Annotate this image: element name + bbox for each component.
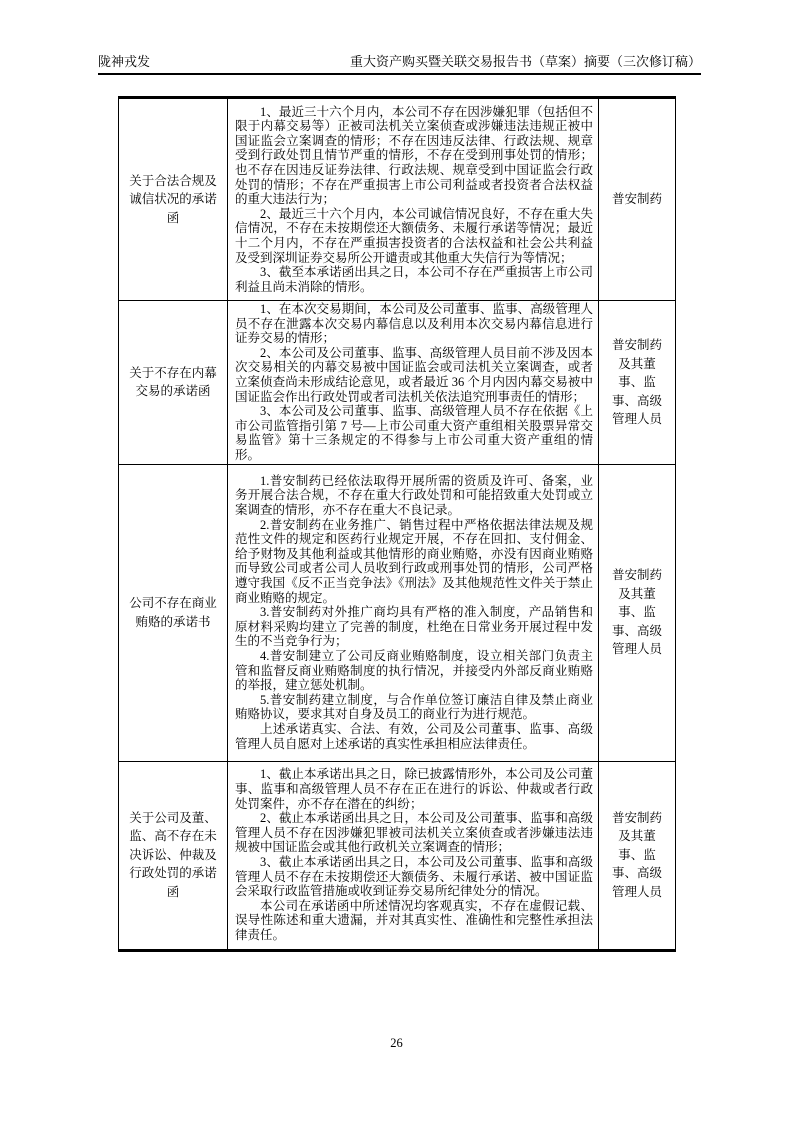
commitment-party: 普安制药	[599, 98, 676, 301]
commitment-content: 1、在本次交易期间，本公司及公司董事、监事、高级管理人员不存在泄露本次交易内幕信…	[228, 301, 599, 465]
commitment-title: 公司不存在商业贿赂的承诺书	[119, 464, 228, 761]
content-paragraph: 1.普安制药已经依法取得开展所需的资质及许可、备案，业务开展合法合规，不存在重大…	[235, 474, 593, 518]
table-row: 关于公司及董、监、高不存在未决诉讼、仲裁及行政处罚的承诺函 1、截止本承诺出具之…	[119, 761, 676, 950]
content-paragraph: 2、本公司及公司董事、监事、高级管理人员目前不涉及因本次交易相关的内幕交易被中国…	[235, 346, 593, 404]
commitment-content: 1、最近三十六个月内，本公司不存在因涉嫌犯罪（包括但不限于内幕交易等）正被司法机…	[228, 98, 599, 301]
commitment-title: 关于合法合规及诚信状况的承诺函	[119, 98, 228, 301]
table-row: 公司不存在商业贿赂的承诺书 1.普安制药已经依法取得开展所需的资质及许可、备案，…	[119, 464, 676, 761]
content-paragraph: 5.普安制药建立制度，与合作单位签订廉洁自律及禁止商业贿赂协议，要求其对自身及员…	[235, 693, 593, 722]
page-number: 26	[390, 1036, 403, 1050]
content-paragraph: 2.普安制药在业务推广、销售过程中严格依据法律法规及规范性文件的规定和医药行业规…	[235, 518, 593, 606]
content-paragraph: 3、截止本承诺函出具之日，本公司及公司董事、监事和高级管理人员不存在未按期偿还大…	[235, 855, 593, 899]
content-paragraph: 上述承诺真实、合法、有效，公司及公司董事、监事、高级管理人员自愿对上述承诺的真实…	[235, 722, 593, 751]
content-paragraph: 2、截止本承诺函出具之日，本公司及公司董事、监事和高级管理人员不存在因涉嫌犯罪被…	[235, 811, 593, 855]
content-paragraph: 1、在本次交易期间，本公司及公司董事、监事、高级管理人员不存在泄露本次交易内幕信…	[235, 302, 593, 346]
header-document-title: 重大资产购买暨关联交易报告书（草案）摘要（三次修订稿）	[350, 54, 701, 70]
content-paragraph: 3、截至本承诺函出具之日，本公司不存在严重损害上市公司利益且尚未消除的情形。	[235, 265, 593, 294]
commitment-content: 1.普安制药已经依法取得开展所需的资质及许可、备案，业务开展合法合规，不存在重大…	[228, 464, 599, 761]
table-row: 关于合法合规及诚信状况的承诺函 1、最近三十六个月内，本公司不存在因涉嫌犯罪（包…	[119, 98, 676, 301]
page-footer: 26	[0, 1036, 793, 1051]
commitment-party: 普安制药及其董事、监事、高级管理人员	[599, 301, 676, 465]
content-paragraph: 2、最近三十六个月内，本公司诚信情况良好，不存在重大失信情况，不存在未按期偿还大…	[235, 207, 593, 265]
commitments-table: 关于合法合规及诚信状况的承诺函 1、最近三十六个月内，本公司不存在因涉嫌犯罪（包…	[118, 96, 676, 952]
table-row: 关于不存在内幕交易的承诺函 1、在本次交易期间，本公司及公司董事、监事、高级管理…	[119, 301, 676, 465]
commitment-party: 普安制药及其董事、监事、高级管理人员	[599, 761, 676, 950]
content-paragraph: 3、本公司及公司董事、监事、高级管理人员不存在依据《上市公司监管指引第 7 号—…	[235, 404, 593, 462]
content-paragraph: 本公司在承诺函中所述情况均客观真实，不存在虚假记载、误导性陈述和重大遗漏，并对其…	[235, 899, 593, 943]
content-paragraph: 1、最近三十六个月内，本公司不存在因涉嫌犯罪（包括但不限于内幕交易等）正被司法机…	[235, 105, 593, 207]
page-header: 陇神戎发 重大资产购买暨关联交易报告书（草案）摘要（三次修订稿）	[98, 54, 701, 75]
commitment-party: 普安制药及其董事、监事、高级管理人员	[599, 464, 676, 761]
content-paragraph: 4.普安制建立了公司反商业贿赂制度，设立相关部门负责主管和监督反商业贿赂制度的执…	[235, 649, 593, 693]
commitment-content: 1、截止本承诺出具之日，除已披露情形外，本公司及公司董事、监事和高级管理人员不存…	[228, 761, 599, 950]
commitment-title: 关于不存在内幕交易的承诺函	[119, 301, 228, 465]
document-page: 陇神戎发 重大资产购买暨关联交易报告书（草案）摘要（三次修订稿） 关于合法合规及…	[0, 0, 793, 1122]
content-paragraph: 1、截止本承诺出具之日，除已披露情形外，本公司及公司董事、监事和高级管理人员不存…	[235, 767, 593, 811]
header-company-name: 陇神戎发	[98, 54, 150, 70]
commitment-title: 关于公司及董、监、高不存在未决诉讼、仲裁及行政处罚的承诺函	[119, 761, 228, 950]
content-paragraph: 3.普安制药对外推广商均具有严格的准入制度，产品销售和原材料采购均建立了完善的制…	[235, 605, 593, 649]
